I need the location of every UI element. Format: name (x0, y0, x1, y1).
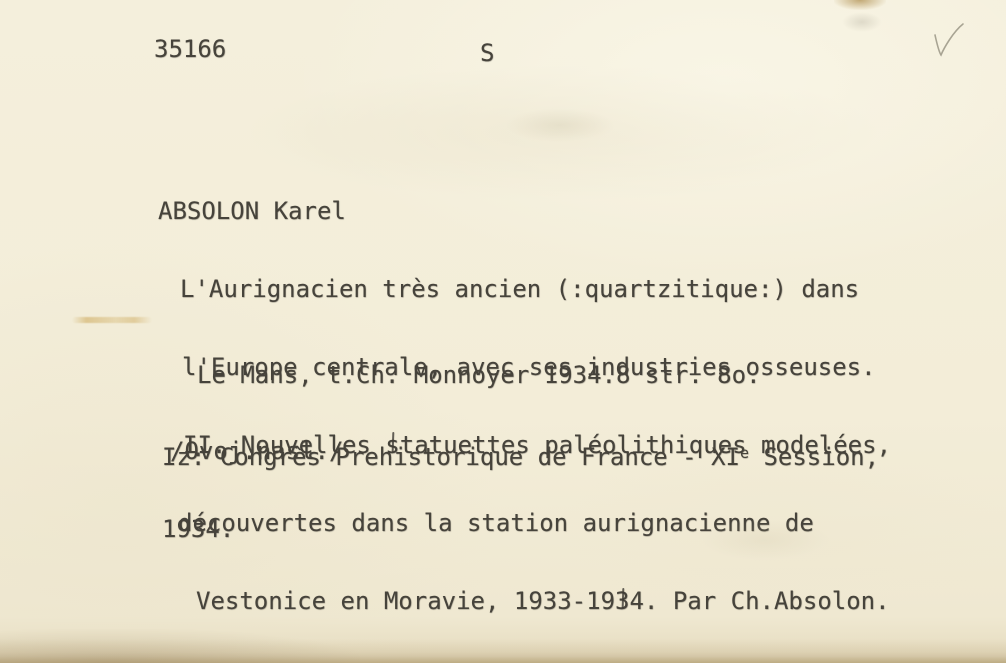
scan-edge-shadow (0, 639, 1006, 663)
catalog-card: 35166 S ABSOLON Karel L'Aurignacien très… (0, 0, 1006, 663)
source-line-pre: Iz: Congrès Prehistorique de France - XI (162, 443, 740, 471)
author-line: ABSOLON Karel (158, 198, 891, 224)
section-letter: S (480, 40, 494, 66)
paper-smudge (842, 12, 882, 32)
imprint-line: Le Mans, t.Ch. Monnoyer 1934.8 str. 8o. (197, 363, 761, 387)
source-line: Iz: Congrès Prehistorique de France - XI… (162, 441, 879, 465)
title-line-1: L'Aurignacien très ancien (:quartzitique… (180, 276, 891, 302)
catalog-number: 35166 (154, 36, 226, 62)
ordinal-superscript: e (740, 444, 749, 462)
source-block: Iz: Congrès Prehistorique de France - XI… (162, 389, 879, 593)
yellow-stain (72, 317, 152, 323)
pencil-check-mark-icon (928, 20, 974, 64)
top-edge-stain (834, 0, 886, 10)
source-line-post: Session, (749, 443, 879, 471)
paper-smudge (505, 108, 615, 142)
paper-smudge (700, 520, 830, 560)
